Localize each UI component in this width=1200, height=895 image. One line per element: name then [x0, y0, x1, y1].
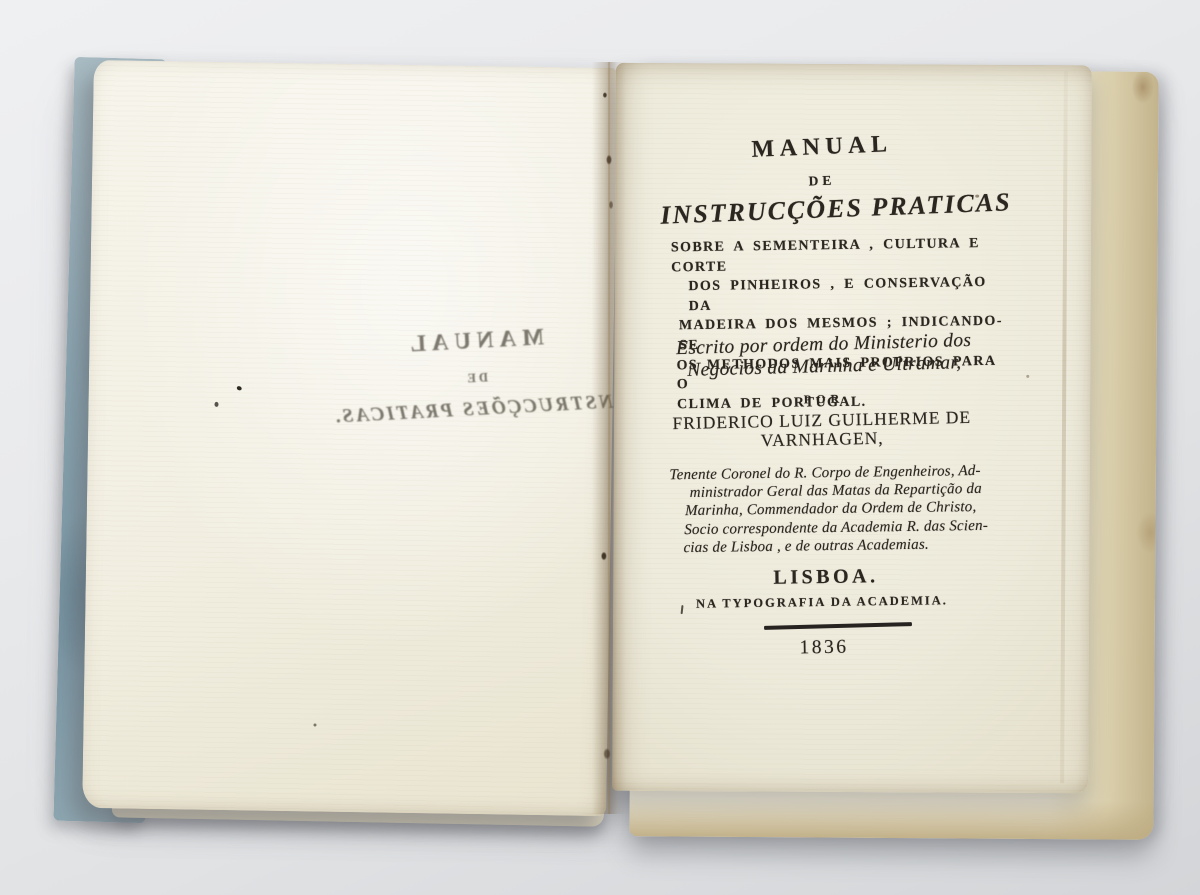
author-name: FRIDERICO LUIZ GUILHERME DE VARNHAGEN,: [602, 406, 1043, 453]
imprint-year: 1836: [604, 633, 1044, 663]
ink-speck: [236, 385, 242, 391]
description-line: DOS PINHEIROS , E CONSERVAÇÃO DA: [688, 273, 1012, 317]
ink-speck: [214, 402, 218, 407]
photo-open-antique-book: MANUAL DE INSTRUCÇÕES PRATICAS. MANUAL D…: [0, 0, 1200, 895]
ink-speck: [313, 723, 316, 726]
credentials-line: cias de Lisboa , e de outras Academias.: [683, 535, 1000, 558]
title-page-letterpress: MANUAL DE INSTRUCÇÕES PRATICAS SOBRE A S…: [608, 118, 1048, 698]
imprint-rule: [764, 622, 912, 630]
author-credentials: Tenente Coronel do R. Corpo de Engenheir…: [669, 462, 1000, 558]
imprint-city: LISBOA.: [606, 563, 1046, 592]
subject-description: SOBRE A SEMENTEIRA , CULTURA E CORTE DOS…: [671, 234, 1013, 415]
left-blank-page: MANUAL DE INSTRUCÇÕES PRATICAS.: [82, 60, 618, 816]
imprint-publisher: NA TYPOGRAFIA DA ACADEMIA.: [602, 592, 1042, 613]
book-title: MANUAL: [602, 125, 1043, 170]
description-line: SOBRE A SEMENTEIRA , CULTURA E CORTE: [671, 234, 1012, 278]
